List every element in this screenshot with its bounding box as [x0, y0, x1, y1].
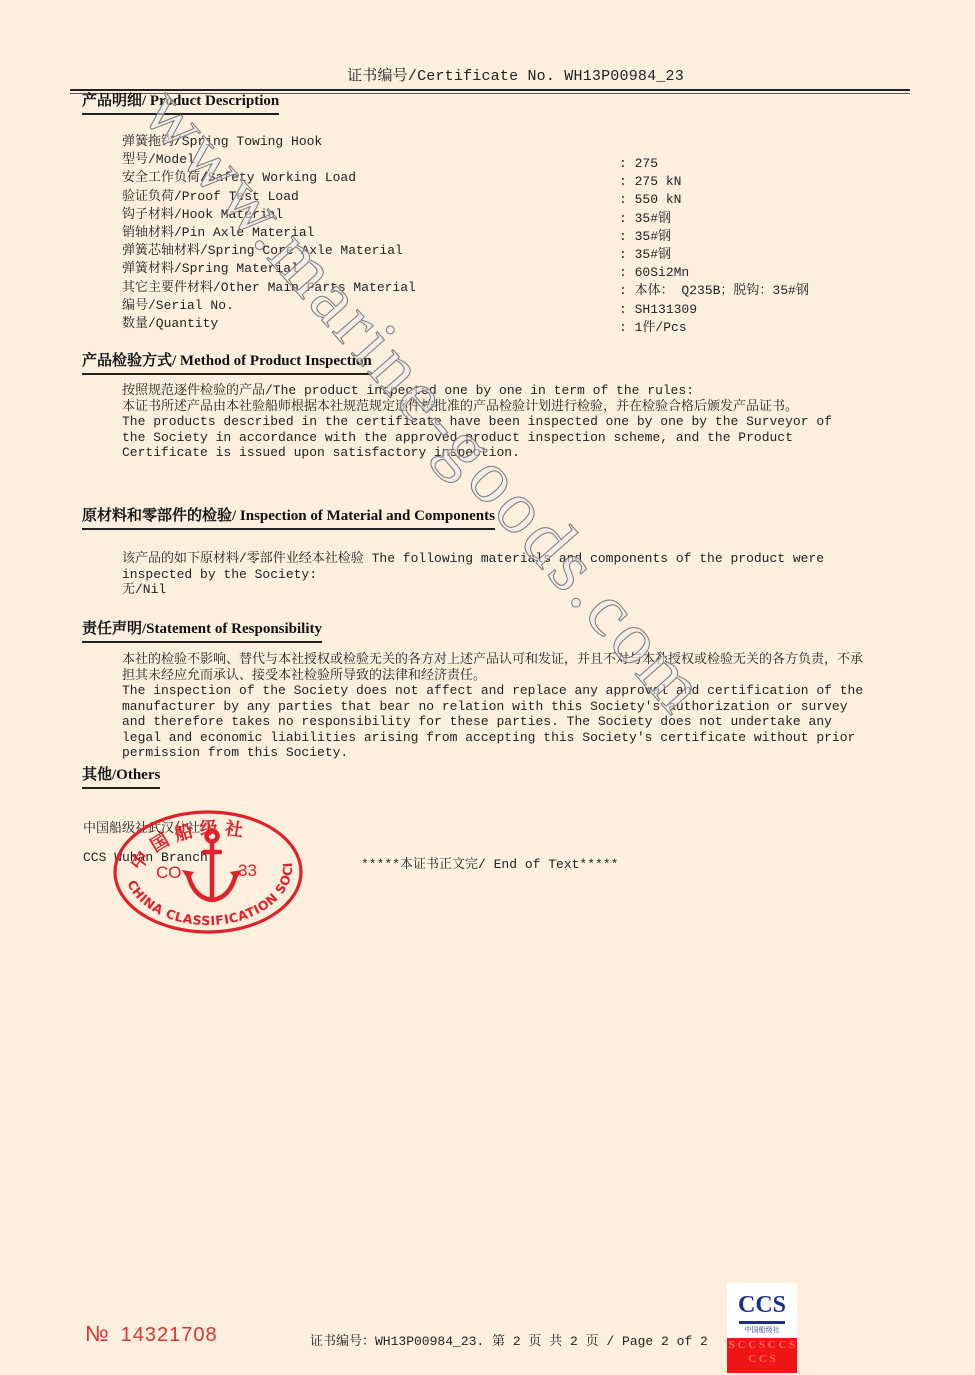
ccs-logo-bar [739, 1321, 785, 1324]
product-field-label: 弹簧材料/Spring Material [122, 260, 416, 278]
section-title-materials-inspection: 原材料和零部件的检验/ Inspection of Material and C… [82, 504, 495, 530]
responsibility-cn: 本社的检验不影响、替代与本社授权或检验无关的各方对上述产品认可和发证，并且不对与… [122, 652, 867, 683]
product-field-label: 数量/Quantity [122, 315, 416, 333]
certificate-serial-number: №14321708 [85, 1321, 218, 1347]
product-field-label: 其它主要件材料/Other Main Parts Material [122, 279, 416, 297]
method-line-3: The products described in the certificat… [122, 414, 862, 461]
product-description-values: 275275 kN550 kN35#钢35#钢35#钢60Si2Mn本体： Q2… [619, 155, 809, 337]
section-title-others: 其他/Others [82, 763, 160, 789]
product-field-value: 35#钢 [619, 228, 809, 246]
method-of-inspection-text: 按照规范逐件检验的产品/The product inspected one by… [122, 383, 862, 461]
ccs-seal-stamp: 中 国 船 级 社 CHINA CLASSIFICATION SOCIETY C… [110, 808, 306, 936]
product-field-value: 本体： Q235B；脱钩：35#钢 [619, 282, 809, 300]
materials-inspection-text: 该产品的如下原材料/零部件业经本社检验 The following materi… [122, 551, 842, 598]
responsibility-text: 本社的检验不影响、替代与本社授权或检验无关的各方对上述产品认可和发证，并且不对与… [122, 652, 867, 761]
ccs-label-sticker: CCS 中国船级社 S C C S C C S C C S [727, 1283, 797, 1373]
end-of-text: *****本证书正文完/ End of Text***** [361, 853, 618, 872]
responsibility-en: The inspection of the Society does not a… [122, 683, 867, 761]
product-field-value: 275 kN [619, 173, 809, 191]
stamp-top-text: 中 国 船 级 社 [126, 817, 245, 874]
product-field-value: 550 kN [619, 191, 809, 209]
product-field-label: 编号/Serial No. [122, 297, 416, 315]
serial-symbol: № [85, 1321, 109, 1346]
section-title-method-of-inspection: 产品检验方式/ Method of Product Inspection [82, 349, 372, 375]
product-field-label: 型号/Model [122, 151, 416, 169]
materials-inspection-desc: 该产品的如下原材料/零部件业经本社检验 The following materi… [122, 551, 842, 582]
ccs-logo-subtitle: 中国船级社 [727, 1325, 797, 1335]
product-field-value: 1件/Pcs [619, 319, 809, 337]
product-field-value: 60Si2Mn [619, 264, 809, 282]
product-description-labels: 弹簧拖钩/Spring Towing Hook型号/Model安全工作负荷/Sa… [122, 133, 416, 333]
product-field-value: 35#钢 [619, 210, 809, 228]
product-field-label: 安全工作负荷/Safety Working Load [122, 169, 416, 187]
product-field-label: 验证负荷/Proof Test Load [122, 188, 416, 206]
ccs-logo: CCS [727, 1292, 797, 1319]
ccs-label-red-band: S C C S C C S C C S [727, 1338, 797, 1373]
product-field-label: 弹簧芯轴材料/Spring Core Axle Material [122, 242, 416, 260]
section-title-product-description: 产品明细/ Product Description [82, 89, 279, 115]
certificate-number-header: 证书编号/Certificate No. WH13P00984_23 [0, 64, 975, 85]
stamp-code-left: CO [156, 863, 182, 882]
product-field-value: 275 [619, 155, 809, 173]
product-field-value: SH131309 [619, 301, 809, 319]
product-field-label: 弹簧拖钩/Spring Towing Hook [122, 133, 416, 151]
serial-number: 14321708 [121, 1324, 218, 1346]
certificate-number: 证书编号/Certificate No. WH13P00984_23 [347, 68, 684, 85]
product-field-label: 销轴材料/Pin Axle Material [122, 224, 416, 242]
materials-inspection-value: 无/Nil [122, 582, 842, 598]
product-field-value: 35#钢 [619, 246, 809, 264]
product-field-label: 钩子材料/Hook Material [122, 206, 416, 224]
footer-cert-page: 证书编号：WH13P00984_23. 第 2 页 共 2 页 / Page 2… [310, 1330, 708, 1349]
section-title-responsibility: 责任声明/Statement of Responsibility [82, 617, 322, 643]
method-line-2: 本证书所述产品由本社验船师根据本社规范规定逐件按批准的产品检验计划进行检验，并在… [122, 399, 862, 415]
method-line-1: 按照规范逐件检验的产品/The product inspected one by… [122, 383, 862, 399]
